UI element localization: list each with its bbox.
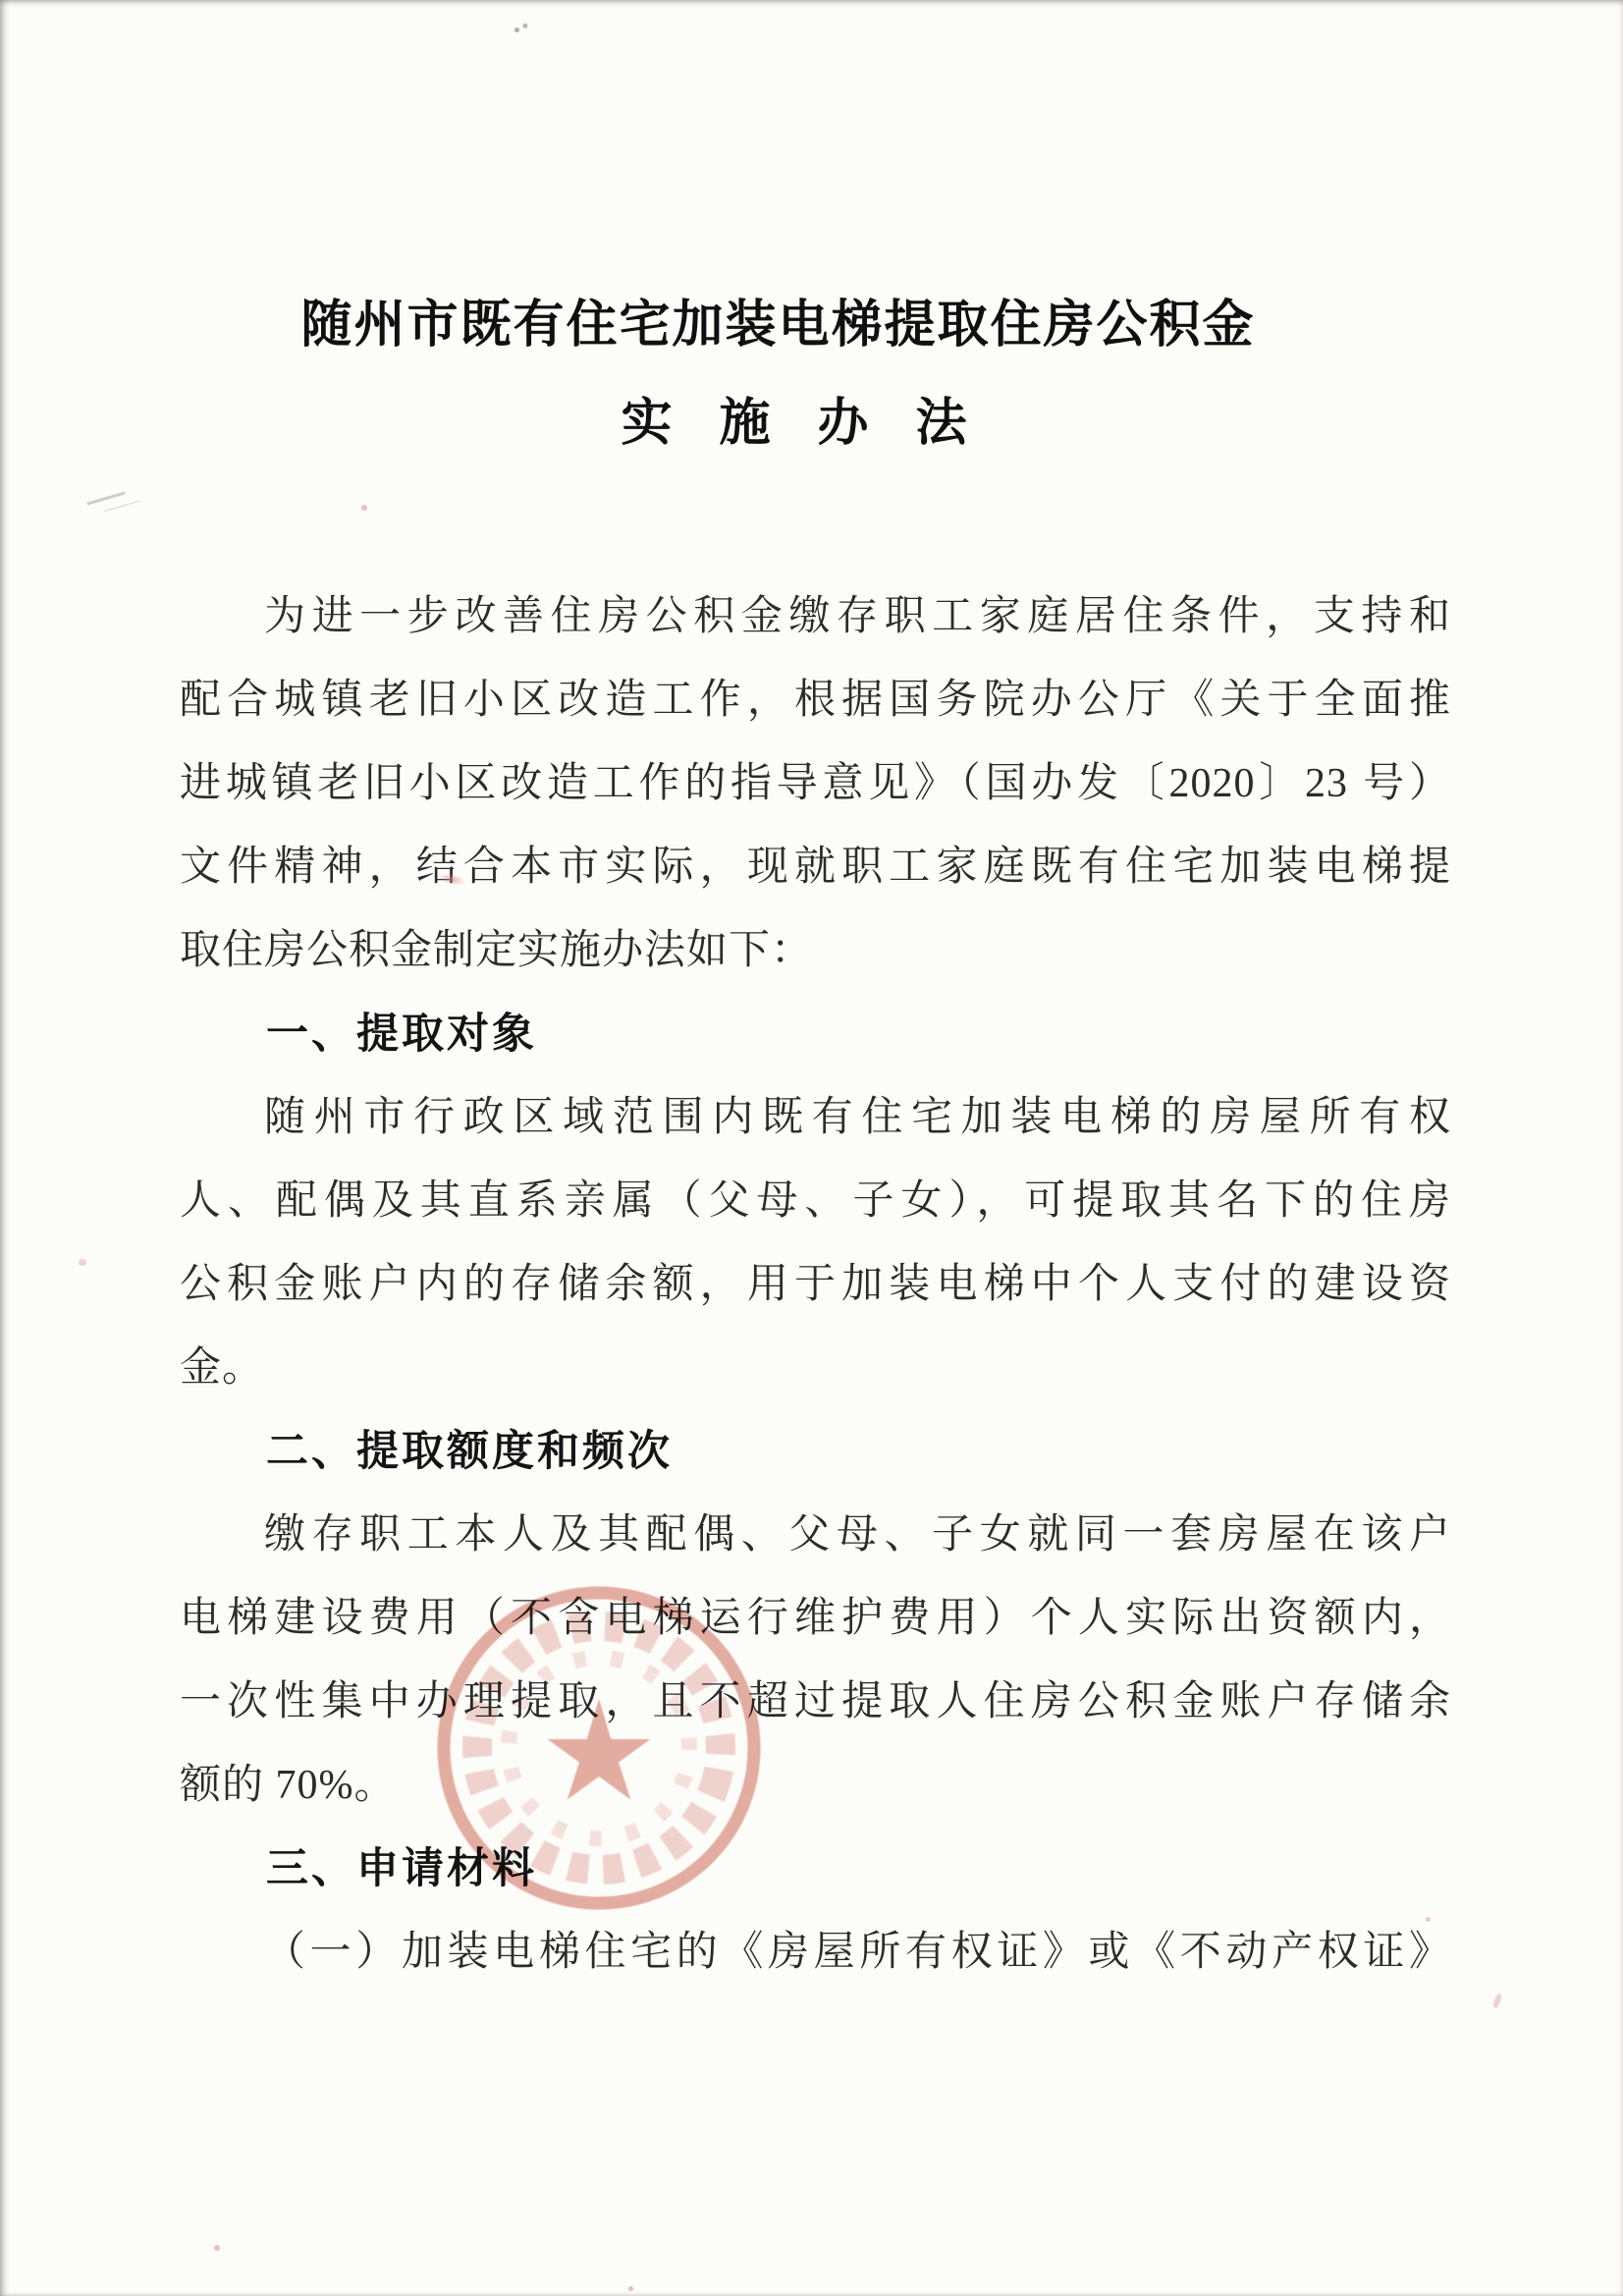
document-text-line: 人、配偶及其直系亲属（父母、子女），可提取其名下的住房	[180, 1160, 1451, 1243]
document-body: 为进一步改善住房公积金缴存职工家庭居住条件，支持和配合城镇老旧小区改造工作，根据…	[180, 575, 1451, 1995]
document-text-line: 缴存职工本人及其配偶、父母、子女就同一套房屋在该户	[180, 1494, 1451, 1577]
section-heading: 二、提取额度和频次	[180, 1410, 1451, 1494]
document-text-line: 额的 70%。	[180, 1744, 1451, 1828]
document-text-line: 取住房公积金制定实施办法如下：	[180, 909, 1451, 993]
scanned-document-page: 随州市既有住宅加装电梯提取住房公积金 实施办法 为进一步改善住房公积金缴存职工家…	[0, 0, 1623, 2296]
scan-speck	[214, 2245, 220, 2251]
section-heading: 三、申请材料	[180, 1828, 1451, 1911]
document-content: 随州市既有住宅加装电梯提取住房公积金 实施办法 为进一步改善住房公积金缴存职工家…	[180, 291, 1451, 1995]
document-title-line2: 实施办法	[158, 389, 1430, 458]
document-text-line: 配合城镇老旧小区改造工作，根据国务院办公厅《关于全面推	[180, 659, 1451, 742]
document-text-line: 金。	[180, 1327, 1451, 1410]
scan-speck	[514, 27, 520, 33]
document-text-line: 进城镇老旧小区改造工作的指导意见》（国办发〔2020〕23 号）	[180, 742, 1451, 826]
document-text-line: 公积金账户内的存储余额，用于加装电梯中个人支付的建设资	[180, 1243, 1451, 1327]
document-text-line: 电梯建设费用（不含电梯运行维护费用）个人实际出资额内，	[180, 1577, 1451, 1661]
scan-speck	[1492, 1993, 1503, 2008]
document-text-line: 为进一步改善住房公积金缴存职工家庭居住条件，支持和	[180, 575, 1451, 659]
scan-speck	[628, 2286, 633, 2291]
document-text-line: 随州市行政区域范围内既有住宅加装电梯的房屋所有权	[180, 1076, 1451, 1160]
document-title-line1: 随州市既有住宅加装电梯提取住房公积金	[142, 291, 1414, 359]
section-heading: 一、提取对象	[180, 993, 1451, 1076]
document-text-line: 一次性集中办理提取，且不超过提取人住房公积金账户存储余	[180, 1661, 1451, 1744]
scan-speck	[86, 492, 125, 506]
scan-speck	[79, 1259, 86, 1266]
document-text-line: 文件精神，结合本市实际，现就职工家庭既有住宅加装电梯提	[180, 826, 1451, 909]
document-text-line: （一）加装电梯住宅的《房屋所有权证》或《不动产权证》	[180, 1911, 1451, 1995]
